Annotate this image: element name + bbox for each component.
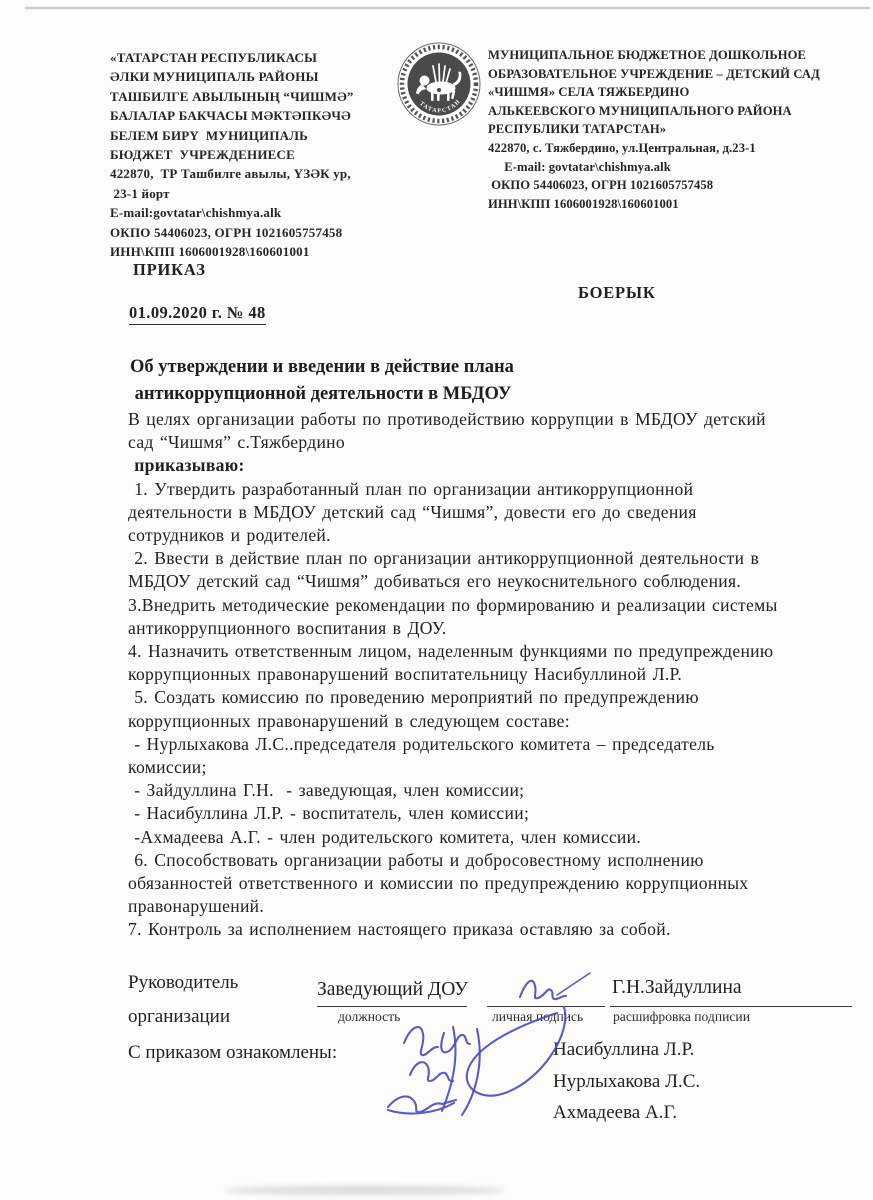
signature-ink-ack-1	[404, 1027, 470, 1055]
tatarstan-emblem-logo: ТАТАРСТАН	[395, 40, 483, 128]
letterhead-right-russian: МУНИЦИПАЛЬНОЕ БЮДЖЕТНОЕ ДОШКОЛЬНОЕ ОБРАЗ…	[488, 46, 870, 213]
acknowledgement-label: С приказом ознакомлены:	[128, 1042, 337, 1064]
scan-edge-artifact-top	[25, 7, 870, 9]
scan-smudge-artifact-bottom	[225, 1186, 505, 1195]
order-title-ru: ПРИКАЗ	[133, 260, 206, 280]
signature-ink-flourish	[557, 973, 590, 995]
letterhead-left-tatar: «ТАТАРСТАН РЕСПУБЛИКАСЫ ӘЛКИ МУНИЦИПАЛЬ …	[110, 48, 415, 261]
order-body: В целях организации работы по противодей…	[128, 408, 870, 942]
order-title-tatar: БОЕРЫК	[578, 283, 656, 303]
order-subject: Об утверждении и введении в действие пла…	[130, 354, 870, 408]
signature-ink-descender-2	[462, 1029, 480, 1115]
handwritten-signatures	[352, 925, 662, 1135]
order-decree-word: приказываю:	[128, 454, 870, 477]
signature-ink-descender-1	[442, 1027, 456, 1111]
order-items: 1. Утвердить разработанный план по орган…	[128, 478, 870, 942]
tatarstan-emblem-icon: ТАТАРСТАН	[395, 40, 483, 128]
signatory-role-label: Руководитель организации	[128, 966, 318, 1034]
order-preamble: В целях организации работы по противодей…	[128, 408, 870, 454]
order-date-number: 01.09.2020 г. № 48	[129, 303, 266, 325]
signature-ink-director	[520, 981, 566, 999]
scanned-order-document: «ТАТАРСТАН РЕСПУБЛИКАСЫ ӘЛКИ МУНИЦИПАЛЬ …	[0, 0, 873, 1200]
signature-ink-loop	[467, 1007, 565, 1096]
signature-ink-ack-2	[410, 1062, 453, 1081]
